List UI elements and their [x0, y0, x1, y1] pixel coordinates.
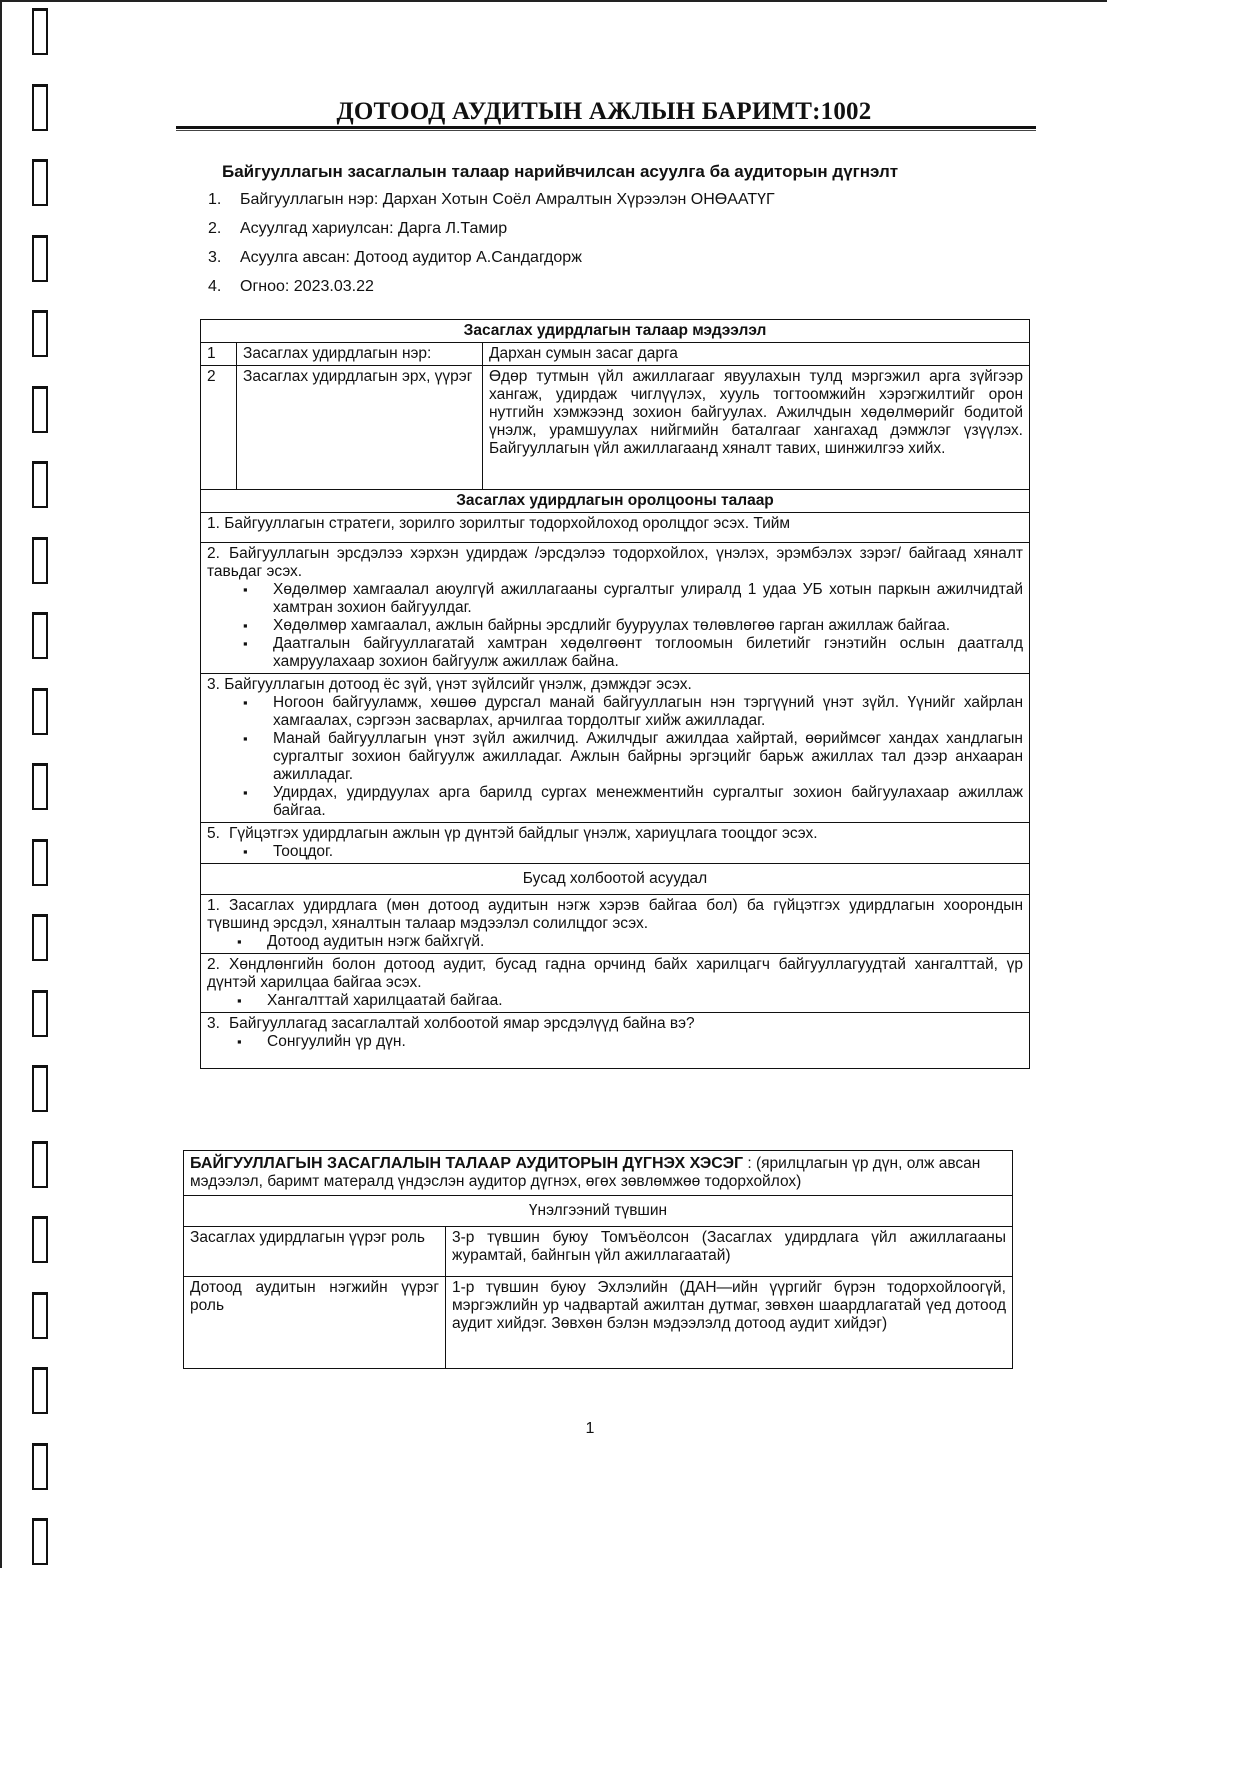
question-row: 2.Байгууллагын эрсдэлээ хэрхэн удирдаж /…	[201, 543, 1030, 674]
bullet-item: Хангалттай харилцаатай байгаа.	[267, 992, 1023, 1010]
binder-hole	[32, 235, 48, 282]
binder-hole	[32, 310, 48, 357]
meta-item: 3.Асуулга авсан: Дотоод аудитор А.Сандаг…	[208, 246, 775, 275]
binder-hole	[32, 159, 48, 206]
question-row: 1.Засаглах удирдлага (мөн дотоод аудитын…	[201, 895, 1030, 954]
binder-hole	[32, 1216, 48, 1263]
bullet-item: Удирдах, удирдуулах арга барилд сургах м…	[273, 784, 1023, 820]
title-rule-thin	[176, 130, 1036, 131]
document-subtitle: Байгууллагын засаглалын талаар нарийвчил…	[222, 162, 898, 182]
conclusion-table: БАЙГУУЛЛАГЫН ЗАСАГЛАЛЫН ТАЛААР АУДИТОРЫН…	[183, 1150, 1013, 1369]
binder-hole	[32, 763, 48, 810]
governance-table: Засаглах удирдлагын талаар мэдээлэл 1 За…	[200, 319, 1030, 1069]
question-row: 5.Гүйцэтгэх удирдлагын ажлын үр дүнтэй б…	[201, 823, 1030, 864]
table-row: Дотоод аудитын нэгжийн үүрэг роль 1-р тү…	[184, 1277, 1013, 1369]
question-row: 3.Байгууллагад засаглалтай холбоотой яма…	[201, 1013, 1030, 1069]
bullet-item: Хөдөлмөр хамгаалал аюулгүй ажиллагааны с…	[273, 581, 1023, 617]
meta-item: 2.Асуулгад хариулсан: Дарга Л.Тамир	[208, 217, 775, 246]
table-row: Засаглах удирдлагын үүрэг роль 3-р түвши…	[184, 1227, 1013, 1277]
binder-hole	[32, 914, 48, 961]
binder-hole	[32, 1443, 48, 1490]
binder-hole	[32, 1367, 48, 1414]
conclusion-heading: БАЙГУУЛЛАГЫН ЗАСАГЛАЛЫН ТАЛААР АУДИТОРЫН…	[184, 1151, 1013, 1196]
binder-hole	[32, 990, 48, 1037]
document-title: ДОТООД АУДИТЫН АЖЛЫН БАРИМТ:1002	[178, 98, 1030, 126]
page-edge-top	[0, 0, 1107, 2]
binder-hole	[32, 537, 48, 584]
binder-hole	[32, 1065, 48, 1112]
bullet-item: Хөдөлмөр хамгаалал, ажлын байрны эрсдлий…	[273, 617, 1023, 635]
page-edge-left	[0, 0, 2, 1568]
meta-list: 1.Байгууллагын нэр: Дархан Хотын Соёл Ам…	[208, 188, 775, 304]
binder-hole	[32, 8, 48, 55]
question-row: 2.Хөндлөнгийн болон дотоод аудит, бусад …	[201, 954, 1030, 1013]
binder-hole	[32, 1292, 48, 1339]
binder-hole	[32, 461, 48, 508]
bullet-item: Ногоон байгууламж, хөшөө дурсгал манай б…	[273, 694, 1023, 730]
assessment-heading: Үнэлгээний түвшин	[184, 1196, 1013, 1227]
binder-hole	[32, 1141, 48, 1188]
bullet-item: Дотоод аудитын нэгж байхгүй.	[267, 933, 1023, 951]
binder-hole	[32, 1518, 48, 1565]
binder-hole	[32, 612, 48, 659]
binder-hole	[32, 386, 48, 433]
binder-hole	[32, 839, 48, 886]
question-row: 1. Байгууллагын стратеги, зорилго зорилт…	[201, 513, 1030, 543]
bullet-item: Даатгалын байгууллагатай хамтран хөдөлгө…	[273, 635, 1023, 671]
page-number: 1	[0, 1420, 1107, 1438]
binder-hole	[32, 688, 48, 735]
related-heading: Бусад холбоотой асуудал	[201, 864, 1030, 895]
binder-hole	[32, 84, 48, 131]
bullet-item: Сонгуулийн үр дүн.	[267, 1033, 1023, 1051]
table-row: 1 Засаглах удирдлагын нэр: Дархан сумын …	[201, 343, 1030, 366]
meta-item: 4.Огноо: 2023.03.22	[208, 275, 775, 304]
bullet-item: Манай байгууллагын үнэт зүйл ажилчид. Аж…	[273, 730, 1023, 784]
bullet-item: Тооцдог.	[273, 843, 1023, 861]
table-row: 2 Засаглах удирдлагын эрх, үүрэг Өдөр ту…	[201, 366, 1030, 490]
governance-info-heading: Засаглах удирдлагын талаар мэдээлэл	[201, 320, 1030, 343]
question-row: 3. Байгууллагын дотоод ёс зүй, үнэт зүйл…	[201, 674, 1030, 823]
title-rule	[176, 126, 1036, 129]
meta-item: 1.Байгууллагын нэр: Дархан Хотын Соёл Ам…	[208, 188, 775, 217]
participation-heading: Засаглах удирдлагын оролцооны талаар	[201, 490, 1030, 513]
